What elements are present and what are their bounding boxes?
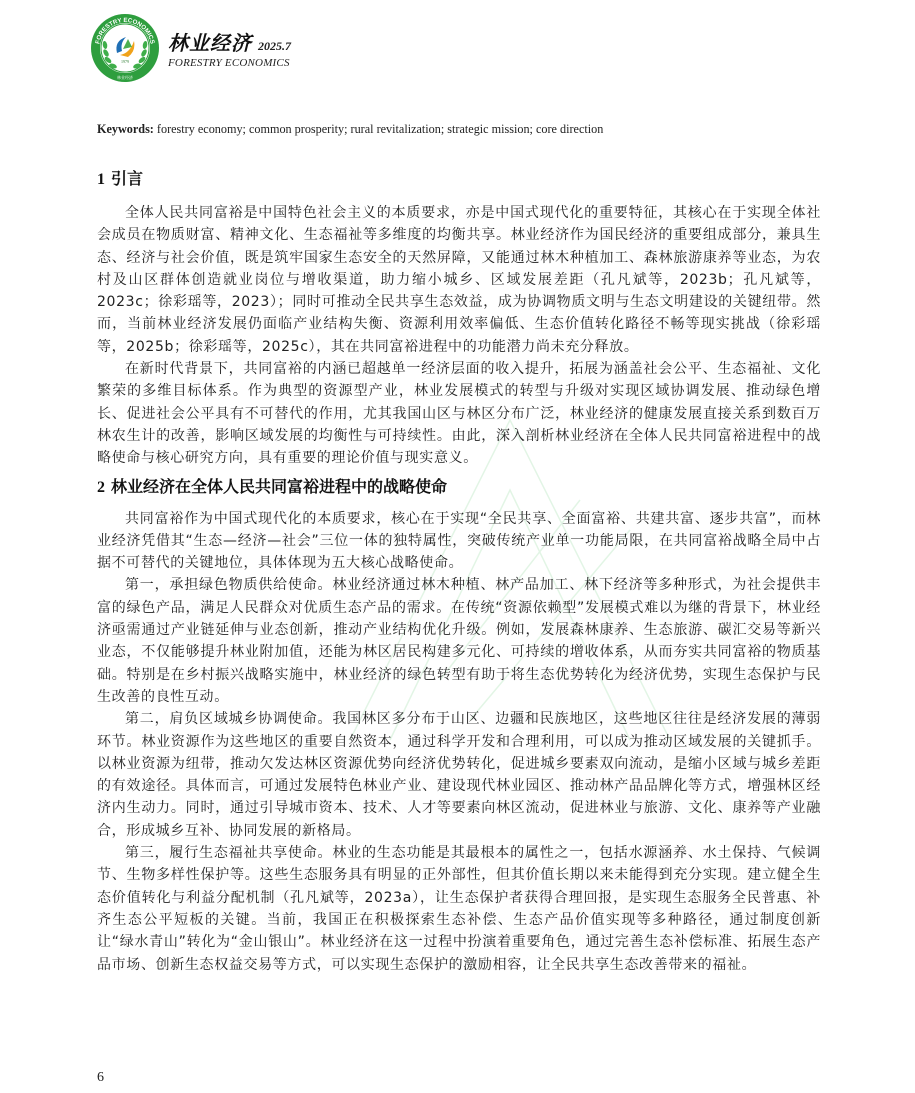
journal-logo-icon: 1979 FORESTRY ECONOMICS 林业经济 [90, 13, 160, 83]
paragraph: 全体人民共同富裕是中国特色社会主义的本质要求，亦是中国式现代化的重要特征，其核心… [97, 202, 821, 358]
svg-text:1979: 1979 [121, 59, 129, 64]
article-body: 1引言 全体人民共同富裕是中国特色社会主义的本质要求，亦是中国式现代化的重要特征… [97, 166, 821, 976]
paragraph: 第二，肩负区域城乡协调使命。我国林区多分布于山区、边疆和民族地区，这些地区往往是… [97, 708, 821, 842]
issue-number: 2025.7 [258, 39, 291, 54]
masthead-text: 林业经济 2025.7 FORESTRY ECONOMICS [168, 27, 291, 69]
keywords-list: forestry economy; common prosperity; rur… [157, 122, 603, 136]
paragraph: 第一，承担绿色物质供给使命。林业经济通过林木种植、林产品加工、林下经济等多种形式… [97, 574, 821, 708]
section-heading-1: 1引言 [97, 166, 821, 202]
paragraph: 第三，履行生态福祉共享使命。林业的生态功能是其最根本的属性之一，包括水源涵养、水… [97, 842, 821, 976]
paragraph: 在新时代背景下，共同富裕的内涵已超越单一经济层面的收入提升，拓展为涵盖社会公平、… [97, 358, 821, 469]
paragraph: 共同富裕作为中国式现代化的本质要求，核心在于实现“全民共享、全面富裕、共建共富、… [97, 508, 821, 575]
keywords-line: Keywords: forestry economy; common prosp… [97, 122, 603, 137]
section-title: 林业经济在全体人民共同富裕进程中的战略使命 [111, 477, 447, 496]
section-heading-2: 2林业经济在全体人民共同富裕进程中的战略使命 [97, 474, 821, 508]
section-number: 1 [97, 171, 105, 188]
journal-title-cn: 林业经济 [168, 27, 252, 56]
section-number: 2 [97, 479, 105, 496]
section-title: 引言 [111, 169, 143, 188]
page-number: 6 [97, 1070, 104, 1086]
keywords-label: Keywords: [97, 122, 154, 136]
journal-title-en: FORESTRY ECONOMICS [168, 57, 291, 69]
journal-masthead: 1979 FORESTRY ECONOMICS 林业经济 林业经济 2025.7… [90, 12, 291, 84]
svg-text:林业经济: 林业经济 [117, 74, 133, 80]
